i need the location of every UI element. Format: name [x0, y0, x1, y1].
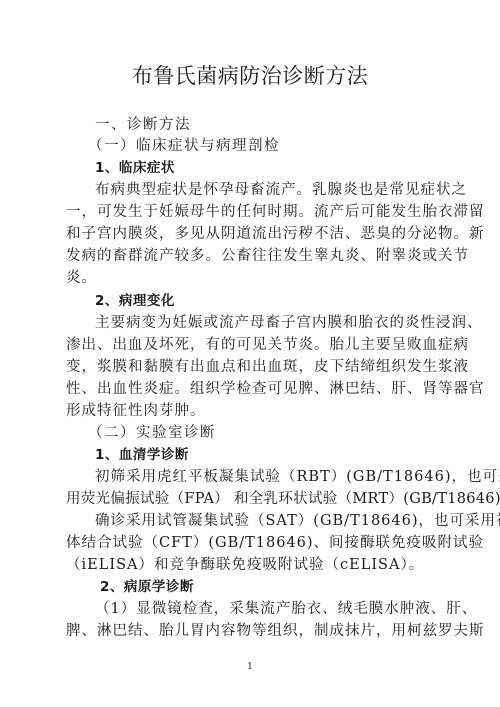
paragraph-line: 发病的畜群流产较多。公畜往往发生睾丸炎、附睾炎或关节 — [66, 247, 434, 265]
heading-serology: 1、血清学诊断 — [95, 446, 189, 464]
section-heading-diagnosis: 一、诊断方法 — [95, 116, 191, 134]
subsection-heading-lab: （二）实验室诊断 — [88, 424, 216, 442]
heading-pathology: 2、病理变化 — [95, 292, 175, 310]
paragraph-line: 脾、淋巴结、胎儿胃内容物等组织，制成抹片，用柯兹罗夫斯 — [66, 622, 434, 640]
paragraph-line: 用荧光偏振试验（FPA） 和全乳环状试验（MRT）(GB/T18646)。 — [66, 490, 434, 508]
paragraph-line: 体结合试验（CFT）(GB/T18646)、间接酶联免疫吸附试验 — [66, 534, 434, 552]
heading-pathogen: 2、病原学诊断 — [100, 578, 194, 596]
paragraph-line: 变，浆膜和黏膜有出血点和出血斑，皮下结缔组织发生浆液 — [66, 358, 434, 376]
paragraph-line: 和子宫内膜炎，多见从阴道流出污秽不洁、恶臭的分泌物。新 — [66, 225, 434, 243]
paragraph-line: 渗出、出血及坏死，有的可见关节炎。胎儿主要呈败血症病 — [66, 336, 434, 354]
document-title: 布鲁氏菌病防治诊断方法 — [0, 60, 500, 90]
heading-clinical-symptoms: 1、临床症状 — [95, 159, 175, 177]
paragraph-line: 性、出血性炎症。组织学检查可见脾、淋巴结、肝、肾等器官 — [66, 380, 434, 398]
paragraph-line: 确诊采用试管凝集试验（SAT）(GB/T18646)，也可采用补 — [95, 512, 434, 530]
paragraph-line: （iELISA）和竞争酶联免疫吸附试验（cELISA）。 — [66, 556, 434, 574]
paragraph-line: （1）显微镜检查，采集流产胎衣、绒毛膜水肿液、肝、 — [95, 600, 434, 618]
page-number: 1 — [0, 662, 500, 672]
paragraph-line: 主要病变为妊娠或流产母畜子宫内膜和胎衣的炎性浸润、 — [95, 314, 434, 332]
paragraph-line: 布病典型症状是怀孕母畜流产。乳腺炎也是常见症状之 — [95, 181, 434, 199]
subsection-heading-clinical: （一）临床症状与病理剖检 — [88, 137, 280, 155]
paragraph-line: 初筛采用虎红平板凝集试验（RBT）(GB/T18646)，也可采 — [95, 468, 434, 486]
paragraph-line: 炎。 — [66, 269, 434, 287]
paragraph-line: 一，可发生于妊娠母牛的任何时期。流产后可能发生胎衣滞留 — [66, 203, 434, 221]
paragraph-line: 形成特征性肉芽肿。 — [66, 402, 434, 420]
